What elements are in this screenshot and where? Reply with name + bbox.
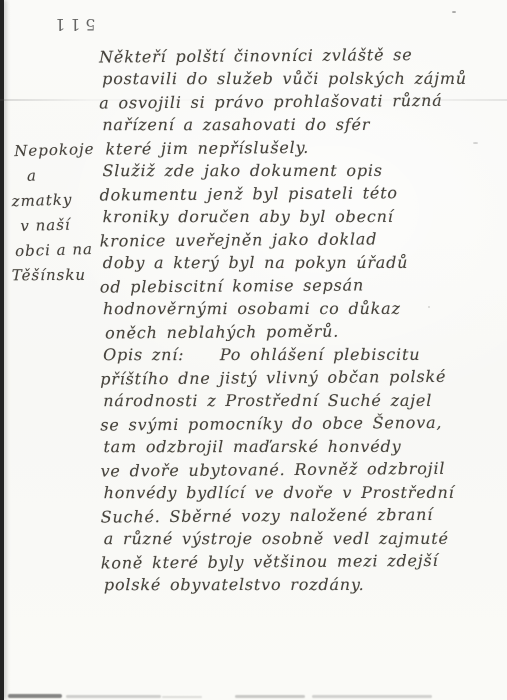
scanned-chronicle-page: 511 Nepokojeazmatkyv našíobci a naTěšíns… — [0, 0, 507, 700]
handwritten-line: oněch neblahých poměrů. — [100, 318, 490, 344]
handwritten-line: dokumentu jenž byl pisateli této — [99, 180, 489, 206]
handwritten-line: postavili do služeb vůči polských zájmů — [99, 67, 489, 90]
handwritten-line: kroniky doručen aby byl obecní — [100, 205, 490, 228]
margin-note-line: zmatky — [9, 187, 100, 215]
margin-annotation: Nepokojeazmatkyv našíobci a naTěšínsku — [8, 137, 102, 289]
handwritten-line: polské obyvatelstvo rozdány. — [101, 573, 491, 596]
handwritten-line: od plebiscitní komise sepsán — [100, 272, 490, 298]
handwritten-line: se svými pomocníky do obce Šenova, — [100, 410, 490, 436]
handwritten-line: příštího dne jistý vlivný občan polské — [100, 364, 490, 390]
handwritten-line: nařízení a zasahovati do sfér — [99, 113, 489, 136]
paper-speck — [473, 142, 478, 144]
handwritten-line: hodnověrnými osobami co důkaz — [100, 297, 490, 320]
handwritten-line: Někteří polští činovníci zvláště se — [99, 42, 489, 68]
handwritten-line: Opis zní: Po ohlášení plebiscitu — [100, 343, 490, 366]
handwritten-line: doby a který byl na pokyn úřadů — [100, 251, 490, 274]
paper-speck — [428, 306, 430, 308]
margin-note-line: a — [9, 162, 100, 190]
handwritten-line: Služiž zde jako dokument opis — [99, 159, 489, 182]
handwritten-line: koně které byly většinou mezi zdejší — [101, 548, 491, 574]
paper-speck — [452, 11, 456, 13]
binding-shadow-edge — [0, 0, 4, 700]
scan-smudge — [66, 695, 161, 698]
scan-smudge — [235, 695, 305, 698]
handwritten-line: a osvojili si právo prohlašovati různá — [99, 88, 489, 114]
scan-smudge — [162, 696, 202, 698]
margin-note-line: v naší — [10, 212, 101, 240]
handwritten-line: ve dvoře ubytované. Rovněž odzbrojil — [100, 456, 490, 482]
handwritten-body: Někteří polští činovníci zvláště seposta… — [99, 43, 491, 596]
margin-note-line: obci a na — [11, 237, 102, 265]
handwritten-line: honvédy bydlící ve dvoře v Prostřední — [101, 481, 491, 504]
handwritten-line: národnosti z Prostřední Suché zajel — [100, 389, 490, 412]
page-number-stamp-upside-down: 511 — [50, 15, 96, 34]
margin-note-line: Těšínsku — [12, 263, 102, 289]
handwritten-line: které jim nepříslušely. — [99, 134, 489, 160]
margin-note-line: Nepokoje — [8, 137, 99, 165]
handwritten-line: Suché. Sběrné vozy naložené zbraní — [101, 502, 491, 528]
scan-smudge — [312, 695, 432, 698]
scan-smudge — [8, 694, 62, 698]
handwritten-line: tam odzbrojil maďarské honvédy — [100, 435, 490, 458]
handwritten-line: kronice uveřejněn jako doklad — [100, 226, 490, 252]
handwritten-line: a různé výstroje osobně vedl zajmuté — [101, 527, 491, 550]
